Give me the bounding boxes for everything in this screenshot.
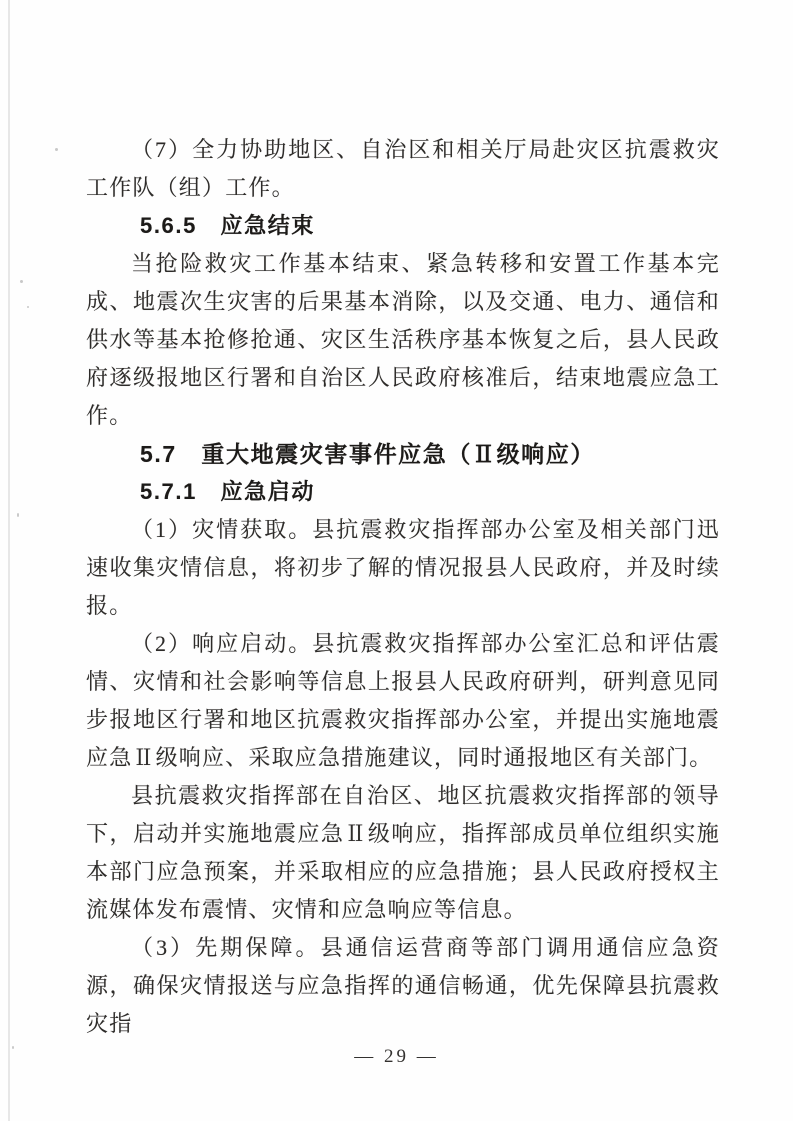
page-number: — 29 — [0,1046,793,1068]
scan-artifact-line [8,0,10,1121]
section-heading: 5.7 重大地震灾害事件应急（Ⅱ级响应） [86,435,720,473]
paragraph: （2）响应启动。县抗震救灾指挥部办公室汇总和评估震情、灾情和社会影响等信息上报县… [86,625,720,777]
paragraph: （3）先期保障。县通信运营商等部门调用通信应急资源，确保灾情报送与应急指挥的通信… [86,929,720,1043]
section-heading: 5.7.1 应急启动 [86,473,720,511]
section-heading: 5.6.5 应急结束 [86,207,720,245]
scanned-document-page: （7）全力协助地区、自治区和相关厅局赴灾区抗震救灾工作队（组）工作。5.6.5 … [0,0,793,1121]
paragraph: 当抢险救灾工作基本结束、紧急转移和安置工作基本完成、地震次生灾害的后果基本消除，… [86,245,720,435]
scan-artifact-speck [20,280,23,283]
paragraph: 县抗震救灾指挥部在自治区、地区抗震救灾指挥部的领导下，启动并实施地震应急Ⅱ级响应… [86,777,720,929]
scan-artifact-speck [17,513,19,517]
scan-artifact-speck [55,148,58,151]
text-block: （7）全力协助地区、自治区和相关厅局赴灾区抗震救灾工作队（组）工作。5.6.5 … [86,131,720,1043]
scan-artifact-speck [27,306,29,308]
paragraph: （1）灾情获取。县抗震救灾指挥部办公室及相关部门迅速收集灾情信息，将初步了解的情… [86,511,720,625]
paragraph: （7）全力协助地区、自治区和相关厅局赴灾区抗震救灾工作队（组）工作。 [86,131,720,207]
